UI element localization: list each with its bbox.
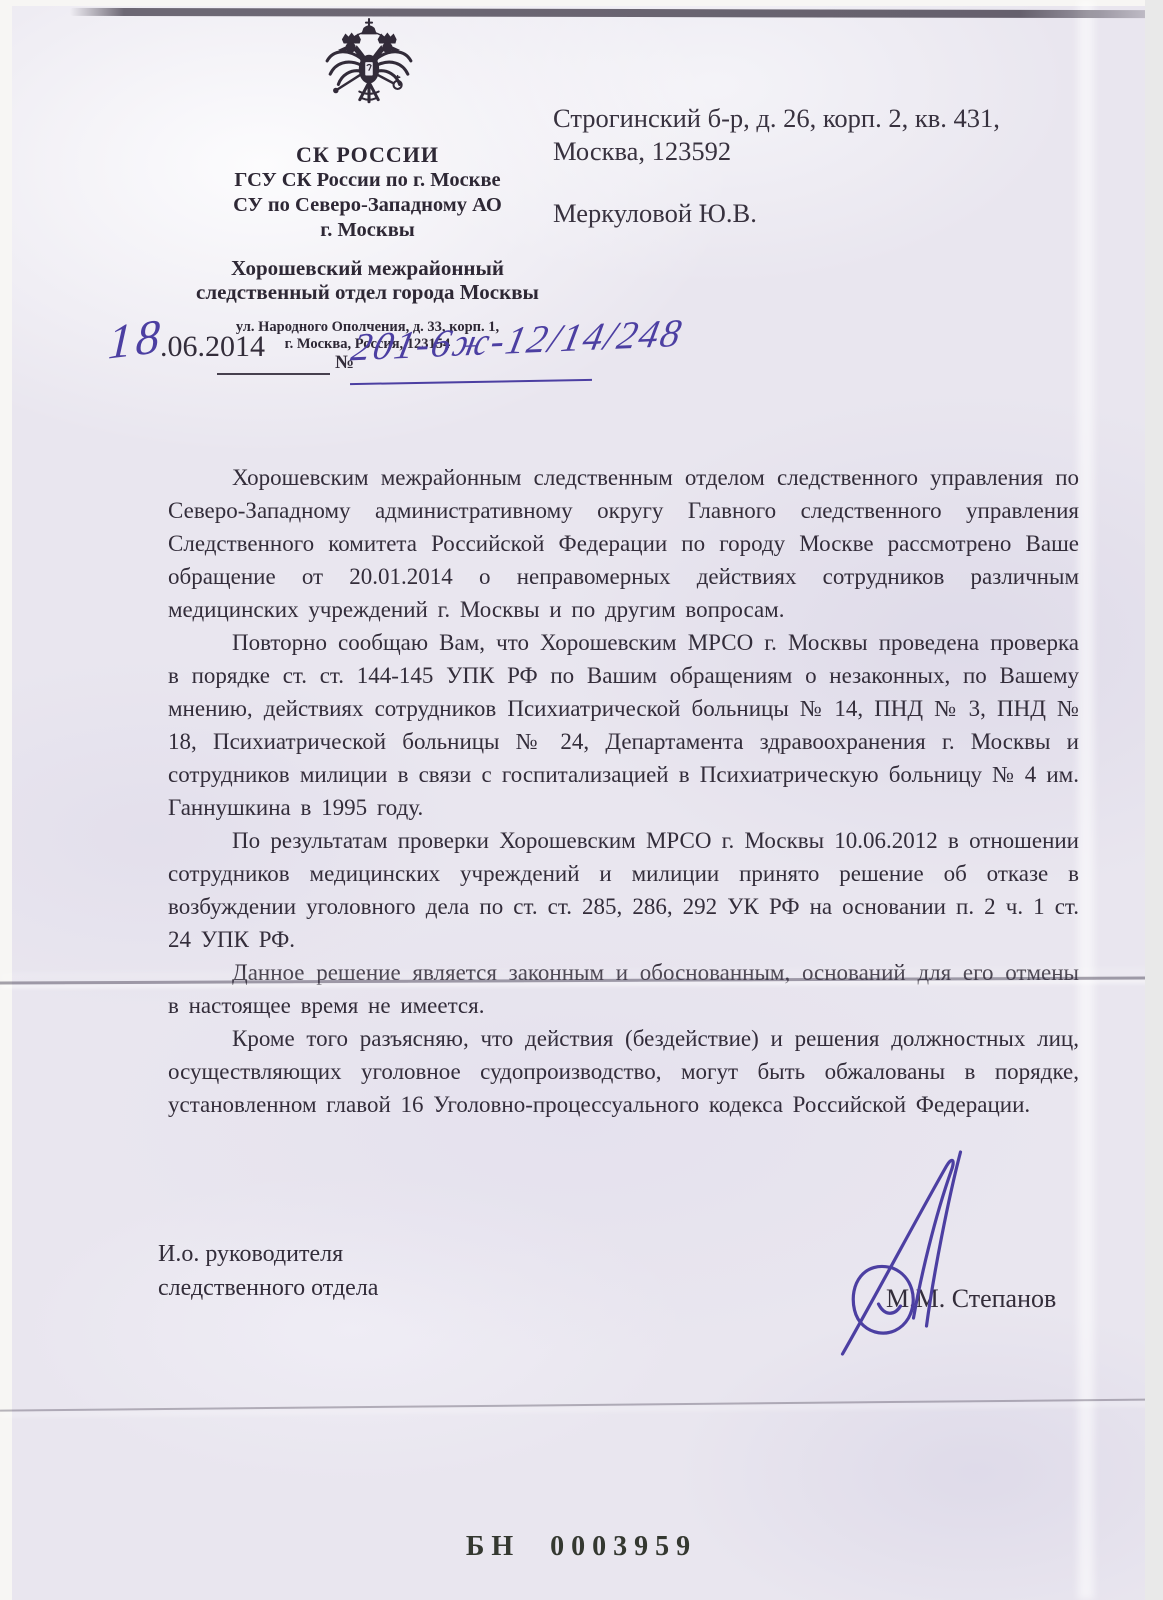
org-name-line4: г. Москвы <box>185 218 550 243</box>
org-name-line3: СУ по Северо-Западному АО <box>185 193 550 218</box>
fold-crease-vertical <box>1078 0 1094 1600</box>
form-number-stamp: БН 0003959 <box>0 1531 1163 1563</box>
scanner-bed-edge <box>1145 0 1163 1600</box>
org-name-line1: СК РОССИИ <box>185 142 550 168</box>
signer-title-line1: И.о. руководителя <box>158 1237 378 1271</box>
date-blank-underline <box>217 373 330 375</box>
signer-title-line2: следственного отдела <box>158 1271 378 1305</box>
recipient-name: Меркуловой Ю.В. <box>553 197 1033 230</box>
department-line2: следственный отдел города Москвы <box>185 280 550 304</box>
paragraph-1: Хорошевским межрайонным следственным отд… <box>168 461 1079 626</box>
scanned-letter: СК РОССИИ ГСУ СК России по г. Москве СУ … <box>0 0 1163 1600</box>
department-line1: Хорошевский межрайонный <box>185 256 550 280</box>
recipient-address-line2: Москва, 123592 <box>553 135 1033 168</box>
paragraph-2: Повторно сообщаю Вам, что Хорошевским МР… <box>168 626 1079 824</box>
signer-title: И.о. руководителя следственного отдела <box>158 1237 378 1305</box>
handwritten-day: 18 <box>107 308 166 371</box>
typed-date: .06.2014 <box>160 330 265 364</box>
paragraph-3: По результатам проверки Хорошевским МРСО… <box>168 824 1079 956</box>
org-name-line2: ГСУ СК России по г. Москве <box>185 168 550 193</box>
recipient-block: Строгинский б-р, д. 26, корп. 2, кв. 431… <box>553 102 1033 230</box>
recipient-address-line1: Строгинский б-р, д. 26, корп. 2, кв. 431… <box>553 102 1033 135</box>
handwritten-signature-icon <box>828 1146 1018 1361</box>
department-name: Хорошевский межрайонный следственный отд… <box>185 256 550 304</box>
paragraph-5: Кроме того разъясняю, что действия (безд… <box>168 1022 1079 1121</box>
russia-coat-of-arms-eagle-icon <box>323 18 415 115</box>
letter-body: Хорошевским межрайонным следственным отд… <box>168 461 1079 1121</box>
paragraph-4: Данное решение является законным и обосн… <box>168 956 1079 1022</box>
